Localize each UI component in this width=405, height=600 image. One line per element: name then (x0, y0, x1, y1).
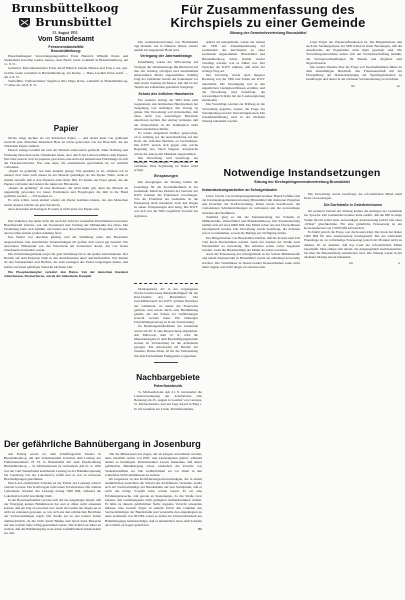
article-divider (134, 161, 198, 162)
notwendige-title: Notwendige Instandsetzungen (202, 168, 402, 179)
author-signature: k (398, 261, 400, 265)
paragraph: Die Gemeindevertretung von Brunsbüttel t… (134, 40, 198, 52)
bahnuebergang-title: Der gefährliche Bahnübergang in Josenbur… (4, 439, 202, 450)
town-crest-icon (18, 17, 31, 28)
nachbargebiete-title: Nachbargebiete (134, 372, 202, 382)
notwendige-subtitle: Sitzung der Kirchspielsgemeindevertretun… (202, 180, 402, 184)
paragraph: Land Träger der Wiederaufbaukosten ist. … (306, 40, 402, 65)
article-bahnuebergang: Der gefährliche Bahnübergang in Josenbur… (4, 439, 202, 535)
paragraph: Geburten: Maschinenarbeiter Ernst Adolf … (4, 66, 128, 78)
author-signature: ks (397, 84, 400, 88)
paragraph: Der Vorschlag wurde nach längerer Beratu… (202, 73, 265, 102)
paragraph: Ein Phosphatdampfer verkehrt den Hafen. … (4, 270, 128, 278)
paragraph: Die Unterhaltungsmusik sorgte für gute S… (4, 252, 128, 269)
subheading-handwerk: Schutz des örtlichen Handwerks (134, 92, 198, 96)
paragraph: Diesen wenige Gramm hat sich der Mensch … (4, 148, 128, 169)
nachbargebiete-block: Nachbargebiete Polenflussbezirk St. Mich… (134, 372, 202, 411)
paragraph: Das Volksfest, das leider nicht die nach… (4, 219, 128, 236)
paragraph: Aber man kann nicht klagen. Es kann ja n… (4, 207, 128, 211)
issue-date: 13. August 1951 (4, 31, 126, 35)
article-standesamt: Vom Standesamt Personenstandsfälle Bruns… (4, 36, 128, 87)
notwendige-col-1: Instandsetzungsarbeiten an Schulgebäuden… (202, 186, 300, 269)
subheading-dorfstrasse: Die Dorfstraße in Osterbelmhusen (304, 203, 402, 207)
author-signature: mr (351, 84, 355, 88)
main-headline-subtitle: Sitzung der Gemeindevertretung Brunsbütt… (134, 31, 402, 35)
standesamt-body: Eheschließungen: Verwaltungsangestellter… (4, 54, 128, 87)
paragraph: Unter Vorsitz von Kirchspielsgemeindevor… (202, 194, 300, 215)
papier-title: Papier (4, 124, 128, 134)
main-headline-line-2: Kirchspiels zu einer Gemeinde (134, 16, 402, 30)
article-papier: Papier Nichts wiegt leichter als ein Stü… (4, 124, 128, 278)
article-gemeinde-col-1: Die Gemeindevertretung von Brunsbüttel t… (134, 40, 198, 218)
divider (34, 215, 98, 216)
paragraph: Auch die Erneuerung der Schulgebäude in … (202, 252, 300, 269)
paragraph: Es bleibt jedoch die Frage, wer die Kost… (304, 230, 402, 259)
paragraph: Sterbefälle: Tiefbauarbeiter Siegfried O… (4, 79, 128, 87)
author-signature: Br (105, 527, 202, 531)
paragraph: Zu Belebungsmaßnahmen der Gemeinde wurde… (134, 324, 198, 357)
main-headline: Für Zusammenfassung des Kirchspiels zu e… (134, 3, 402, 37)
masthead-line-2-row: Brunsbüttel (4, 16, 126, 29)
paragraph: Die Anregungen der Sitzung bilden die Gr… (134, 180, 198, 217)
section-divider (134, 283, 198, 284)
paragraph: Im weiteren Verlauf der Sitzung kamen di… (304, 209, 402, 230)
paragraph: „Papier ist geduldig“ hat man dereinst g… (4, 169, 128, 186)
paragraph: Im Gegensatz zu den Kraftfahrzeugsachver… (105, 477, 202, 527)
paragraph: Montagabend, der in der vergangenen Woch… (134, 287, 198, 324)
article-gemeinde-col-2: erklärt als unbegründet, wurde der Antra… (202, 40, 265, 123)
bahnuebergang-col-2: Teil der Mitinsassen des Zuges, die als … (105, 452, 202, 535)
paragraph: Durch den erheblichen Schaden ist der Fa… (4, 481, 101, 498)
papier-body: Nichts wiegt leichter als ein Stückchen … (4, 136, 128, 211)
paragraph: Die Vorschläge wurden zur Prüfung an die… (202, 102, 265, 123)
subheading-jahrmarkt: Verlegung der Jahrmarktstage (134, 54, 198, 58)
paragraph: In der Beweisaufnahme verwies sich auf d… (4, 498, 101, 535)
subheading-einsparungen: Einsparungen (134, 174, 198, 178)
masthead-line-1: Brunsbüttelkoog (4, 3, 126, 15)
paragraph: „Papier ist geduldig“ ist eine Redensart… (4, 186, 128, 198)
paragraph: Eheschließungen: Verwaltungsangestellter… (4, 54, 128, 66)
masthead-line-2: Brunsbüttel (35, 16, 112, 29)
volksfest-body: Das Volksfest, das leider nicht die nach… (4, 219, 128, 278)
article-notwendige: Notwendige Instandsetzungen Sitzung der … (202, 168, 402, 269)
paragraph: Ein weiterer Antrag der SPD hatte zum Ge… (134, 98, 198, 131)
paragraph: erklärt als unbegründet, wurde der Antra… (202, 40, 265, 73)
paragraph: Es wurde eingehend darüber gesprochen, o… (134, 131, 198, 156)
bahnuebergang-col-1: Am Freitag wurde vor dem Schöffengericht… (4, 452, 101, 535)
standesamt-subtitle-2: Brunsbüttelkoog: (4, 49, 128, 53)
paragraph: Das Wetter war durchaus günstig, und die… (4, 235, 128, 252)
notwendige-col-2: Die Verwaltung wurde beauftragt, die erf… (304, 186, 402, 269)
paragraph: Die weitere Debatte über die Frage von S… (306, 65, 402, 82)
paragraph: Die Verwaltung wurde beauftragt, die erf… (304, 192, 402, 200)
divider (154, 362, 178, 363)
paragraph: Es wäre schön, wenn einmal wieder ein Pa… (4, 198, 128, 206)
nachbargebiete-subtitle: Polenflussbezirk (134, 384, 202, 388)
masthead: Brunsbüttelkoog Brunsbüttel 13. August 1… (4, 3, 126, 35)
paragraph: Zunächst ging es um die Instandsetzung d… (202, 215, 300, 236)
paragraph: Einstimmig wurde der SPD-Antrag auf Verl… (134, 60, 198, 89)
paragraph: Nichts wiegt leichter als ein Stückchen … (4, 136, 128, 148)
article-gemeinde-col-3: Land Träger der Wiederaufbaukosten ist. … (269, 40, 402, 90)
author-signature: rm (349, 261, 353, 265)
paragraph: Die Verwaltung wird beauftragt, bei künf… (134, 156, 198, 173)
subheading-schulgebaeude: Instandsetzungsarbeiten an Schulgebäuden (202, 188, 300, 192)
standesamt-title: Vom Standesamt (4, 36, 128, 44)
paragraph: Der Bürgermeister von Brunsbüttel erklär… (202, 236, 300, 253)
paragraph: St. Michaelisdonn. Am 21. 8. veranstalte… (134, 390, 202, 411)
article-nachbargebiete: Montagabend, der in der vergangenen Woch… (134, 287, 198, 366)
paragraph: Teil der Mitinsassen des Zuges, die als … (105, 452, 202, 477)
paragraph: Am Freitag wurde vor dem Schöffengericht… (4, 452, 101, 481)
